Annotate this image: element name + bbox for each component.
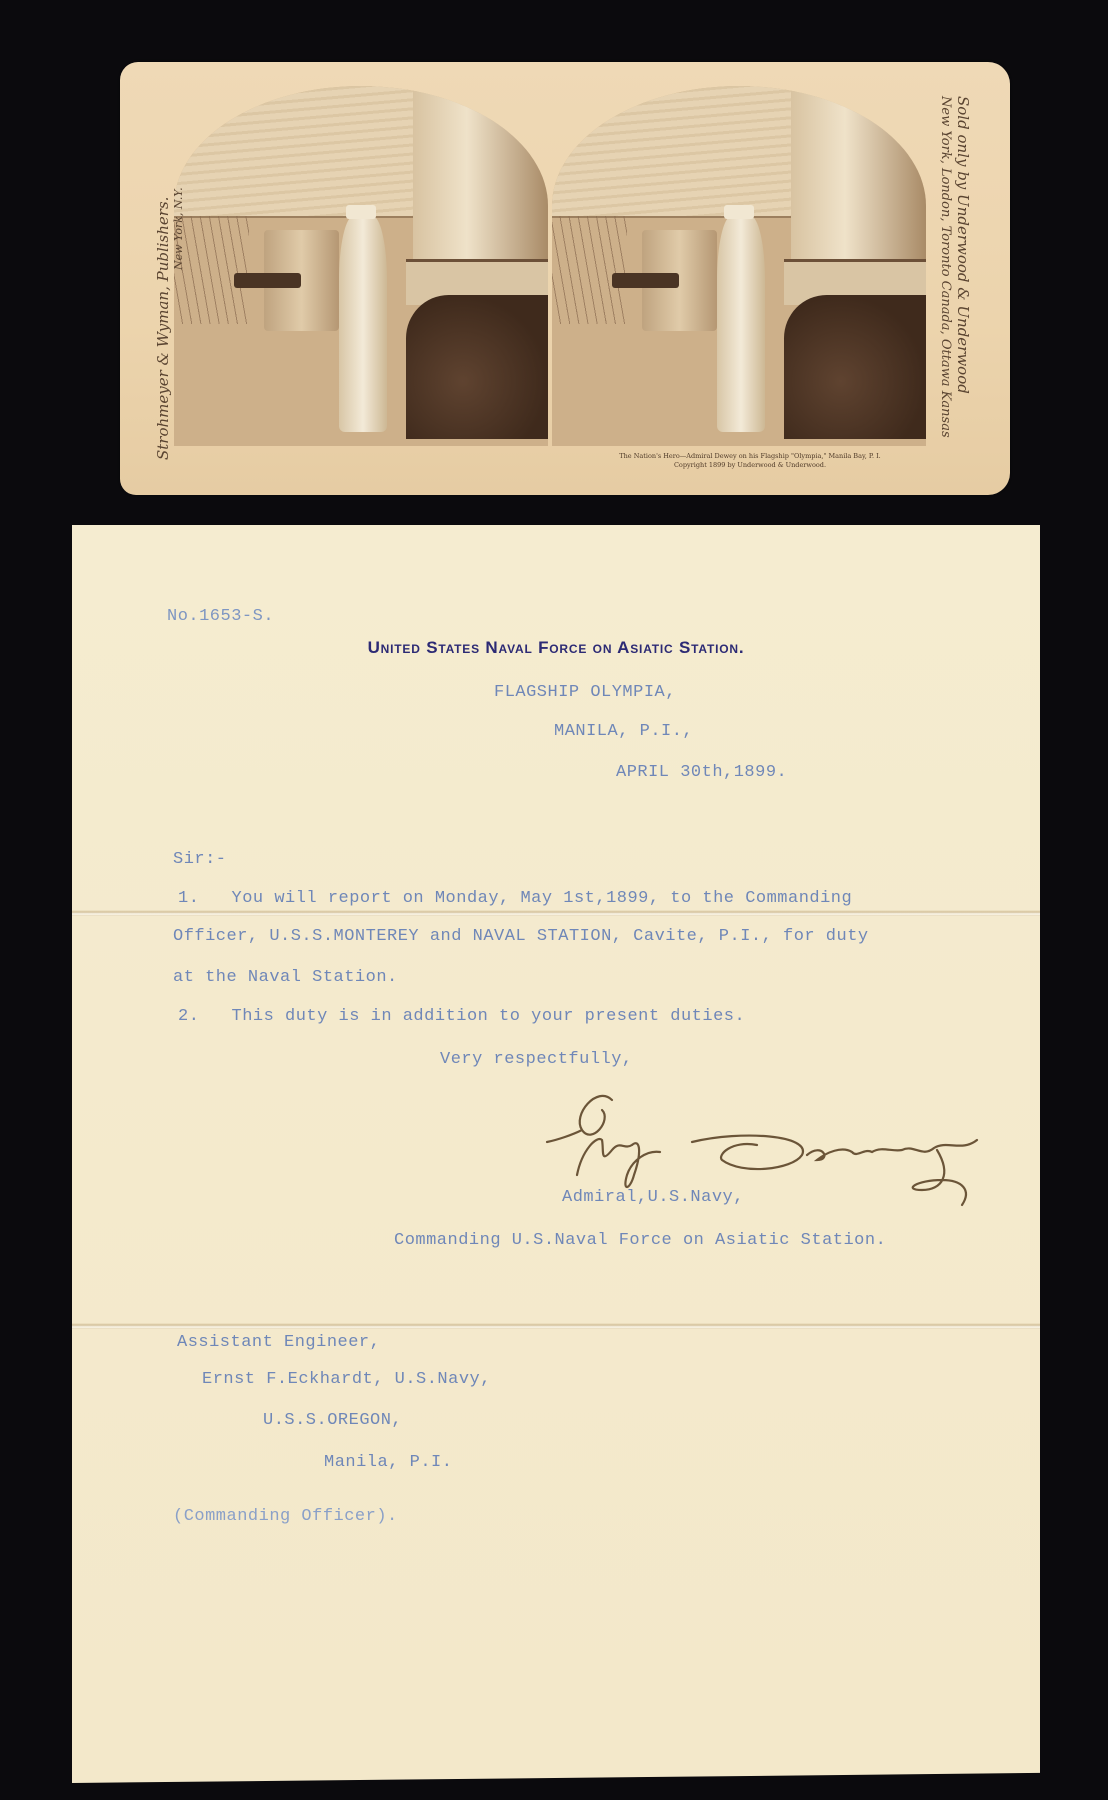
- letterhead: United States Naval Force on Asiatic Sta…: [72, 638, 1040, 658]
- paragraph-1-line-2: Officer, U.S.S.MONTEREY and NAVAL STATIO…: [173, 927, 869, 946]
- salutation: Sir:-: [173, 850, 227, 869]
- caption-title: The Nation's Hero—Admiral Dewey on his F…: [560, 452, 940, 461]
- addressee-ship: U.S.S.OREGON,: [263, 1411, 402, 1430]
- paper-fold: [72, 1323, 1040, 1329]
- addressee-location: Manila, P.I.: [324, 1453, 452, 1472]
- place-line: MANILA, P.I.,: [554, 722, 693, 741]
- copy-note: (Commanding Officer).: [173, 1507, 398, 1526]
- stereoview-card: Strohmeyer & Wyman, Publishers. New York…: [120, 62, 1010, 495]
- admiral-figure: [717, 216, 766, 432]
- publisher-left: Strohmeyer & Wyman, Publishers. New York…: [154, 187, 185, 460]
- paper-fold: [72, 910, 1040, 916]
- admiral-figure: [339, 216, 388, 432]
- reference-number: No.1653-S.: [167, 607, 274, 626]
- stereo-caption: The Nation's Hero—Admiral Dewey on his F…: [560, 452, 940, 470]
- publisher-right-cities: New York, London, Toronto Canada, Ottawa…: [936, 96, 954, 438]
- closing: Very respectfully,: [440, 1050, 633, 1069]
- stereo-photo-right: [552, 86, 926, 446]
- addressee-name: Ernst F.Eckhardt, U.S.Navy,: [202, 1370, 491, 1389]
- addressee-title: Assistant Engineer,: [177, 1333, 380, 1352]
- publisher-right-name: Sold only by Underwood & Underwood: [954, 96, 972, 394]
- signer-rank: Admiral,U.S.Navy,: [562, 1188, 744, 1207]
- publisher-left-name: Strohmeyer & Wyman, Publishers.: [154, 197, 172, 460]
- publisher-left-city: New York, N.Y.: [172, 187, 185, 270]
- caption-copyright: Copyright 1899 by Underwood & Underwood.: [560, 461, 940, 470]
- paragraph-2: 2. This duty is in addition to your pres…: [178, 1007, 745, 1026]
- ship-line: FLAGSHIP OLYMPIA,: [494, 683, 676, 702]
- typed-letter: No.1653-S. United States Naval Force on …: [72, 525, 1040, 1783]
- paragraph-1-line-1: 1. You will report on Monday, May 1st,18…: [178, 889, 852, 908]
- paragraph-1-line-3: at the Naval Station.: [173, 968, 398, 987]
- letter-date: APRIL 30th,1899.: [616, 763, 787, 782]
- publisher-right: Sold only by Underwood & Underwood New Y…: [936, 96, 972, 438]
- stereo-photo-left: [174, 86, 548, 446]
- signer-command: Commanding U.S.Naval Force on Asiatic St…: [394, 1231, 886, 1250]
